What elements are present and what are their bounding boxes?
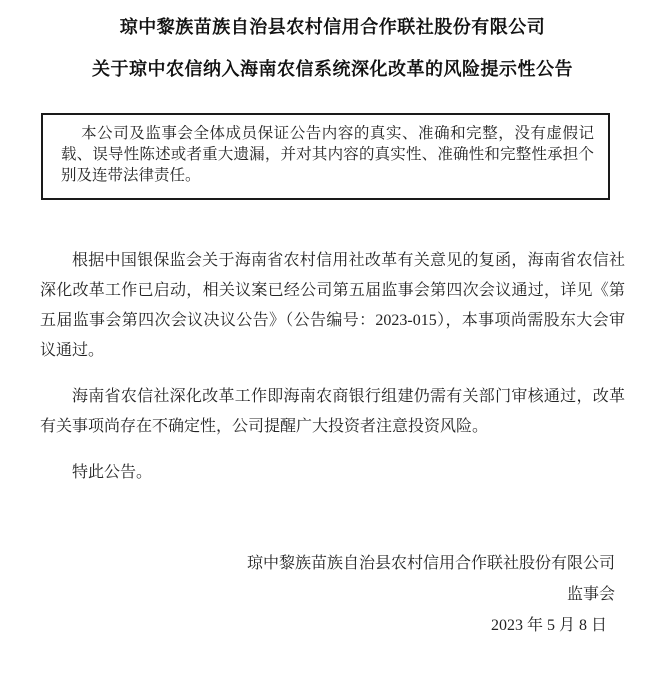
body-paragraph-1: 根据中国银保监会关于海南省农村信用社改革有关意见的复函，海南省农信社深化改革工作… (40, 246, 625, 366)
announcement-page: 琼中黎族苗族自治县农村信用合作联社股份有限公司 关于琼中农信纳入海南农信系统深化… (0, 0, 665, 686)
signature-block: 琼中黎族苗族自治县农村信用合作联社股份有限公司 监事会 2023 年 5 月 8… (40, 548, 625, 641)
signature-date: 2023 年 5 月 8 日 (40, 610, 615, 641)
closing-statement: 特此公告。 (40, 458, 625, 488)
declaration-box: 本公司及监事会全体成员保证公告内容的真实、准确和完整，没有虚假记载、误导性陈述或… (41, 113, 610, 200)
body-paragraph-2: 海南省农信社深化改革工作即海南农商银行组建仍需有关部门审核通过，改革有关事项尚存… (40, 382, 625, 442)
signature-company: 琼中黎族苗族自治县农村信用合作联社股份有限公司 (40, 548, 615, 579)
company-title: 琼中黎族苗族自治县农村信用合作联社股份有限公司 (40, 16, 625, 38)
announcement-subtitle: 关于琼中农信纳入海南农信系统深化改革的风险提示性公告 (40, 58, 625, 80)
announcement-body: 根据中国银保监会关于海南省农村信用社改革有关意见的复函，海南省农信社深化改革工作… (40, 246, 625, 488)
declaration-text: 本公司及监事会全体成员保证公告内容的真实、准确和完整，没有虚假记载、误导性陈述或… (61, 123, 594, 186)
signature-department: 监事会 (40, 579, 615, 610)
